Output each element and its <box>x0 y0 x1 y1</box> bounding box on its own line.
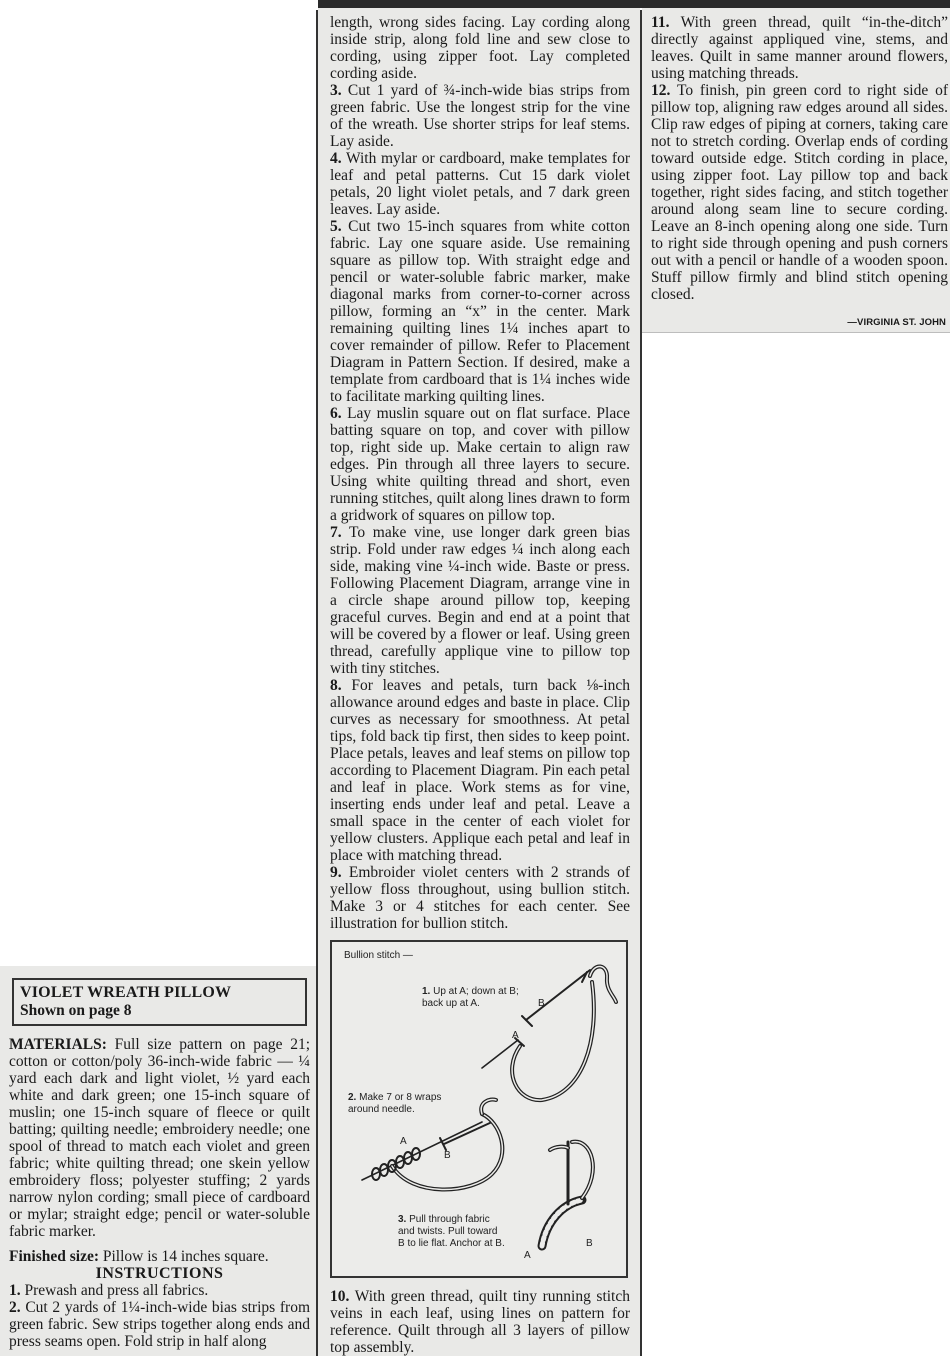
step-text: length, wrong sides facing. Lay cording … <box>330 14 630 82</box>
step-text: With green thread, quilt “in-the-ditch” … <box>651 14 948 82</box>
instructions-heading: INSTRUCTIONS <box>9 1265 310 1282</box>
step-number: 5. <box>330 218 342 235</box>
step-text: Prewash and press all fabrics. <box>25 1282 209 1299</box>
step-number: 12. <box>651 82 670 99</box>
step-10: 10. With green thread, quilt tiny runnin… <box>330 1288 630 1356</box>
step-text: With mylar or cardboard, make templates … <box>330 150 630 218</box>
right-column: 11. With green thread, quilt “in-the-dit… <box>642 8 950 333</box>
article-title-box: VIOLET WREATH PILLOW Shown on page 8 <box>12 978 307 1026</box>
step-text: To finish, pin green cord to right side … <box>651 82 948 303</box>
step-number: 6. <box>330 405 342 422</box>
step-number: 9. <box>330 864 342 881</box>
step-3: 3. Cut 1 yard of ¾-inch-wide bias strips… <box>330 82 630 150</box>
step-11: 11. With green thread, quilt “in-the-dit… <box>651 14 948 82</box>
step-text: Cut 2 yards of 1¼-inch-wide bias strips … <box>9 1299 310 1350</box>
step-4: 4. With mylar or cardboard, make templat… <box>330 150 630 218</box>
step-number: 11. <box>651 14 670 31</box>
article-title: VIOLET WREATH PILLOW <box>20 984 299 1002</box>
finished-size-label: Finished size: <box>9 1248 99 1265</box>
step-text: Embroider violet centers with 2 strands … <box>330 864 630 932</box>
bullion-stitch-diagram: Bullion stitch — 1. Up at A; down at B; … <box>330 940 628 1278</box>
page-top-bar <box>318 0 950 8</box>
step-number: 3. <box>330 82 342 99</box>
left-column: VIOLET WREATH PILLOW Shown on page 8 MAT… <box>0 966 316 1356</box>
step-number: 4. <box>330 150 342 167</box>
right-column-bottom-rule <box>642 332 950 333</box>
step-8: 8. For leaves and petals, turn back ⅛-in… <box>330 677 630 864</box>
step-2: 2. Cut 2 yards of 1¼-inch-wide bias stri… <box>9 1299 310 1350</box>
step-text: Lay muslin square out on flat surface. P… <box>330 405 630 524</box>
finished-size-text: Pillow is 14 inches square. <box>103 1248 269 1265</box>
materials-text: Full size pattern on page 21; cotton or … <box>9 1036 310 1240</box>
author-signature: —VIRGINIA ST. JOHN <box>651 317 948 328</box>
step-number: 10. <box>330 1288 349 1305</box>
step-12: 12. To finish, pin green cord to right s… <box>651 82 948 303</box>
step-9: 9. Embroider violet centers with 2 stran… <box>330 864 630 932</box>
step-text: Cut two 15-inch squares from white cotto… <box>330 218 630 405</box>
step-1: 1. Prewash and press all fabrics. <box>9 1282 310 1299</box>
step-2-continued: length, wrong sides facing. Lay cording … <box>330 14 630 82</box>
step-6: 6. Lay muslin square out on flat surface… <box>330 405 630 524</box>
finished-size-paragraph: Finished size: Pillow is 14 inches squar… <box>9 1248 310 1265</box>
step-text: Cut 1 yard of ¾-inch-wide bias strips fr… <box>330 82 630 150</box>
bullion-stitch-illustration <box>332 942 640 1276</box>
step-text: With green thread, quilt tiny running st… <box>330 1288 630 1356</box>
step-7: 7. To make vine, use longer dark green b… <box>330 524 630 677</box>
step-number: 7. <box>330 524 342 541</box>
article-subtitle: Shown on page 8 <box>20 1002 299 1020</box>
step-number: 2. <box>9 1299 21 1316</box>
middle-column: length, wrong sides facing. Lay cording … <box>318 8 640 1356</box>
step-text: To make vine, use longer dark green bias… <box>330 524 630 677</box>
step-5: 5. Cut two 15-inch squares from white co… <box>330 218 630 405</box>
step-number: 8. <box>330 677 342 694</box>
step-number: 1. <box>9 1282 21 1299</box>
materials-paragraph: MATERIALS: Full size pattern on page 21;… <box>9 1036 310 1240</box>
step-text: For leaves and petals, turn back ⅛-inch … <box>330 677 630 864</box>
materials-label: MATERIALS: <box>9 1036 107 1053</box>
